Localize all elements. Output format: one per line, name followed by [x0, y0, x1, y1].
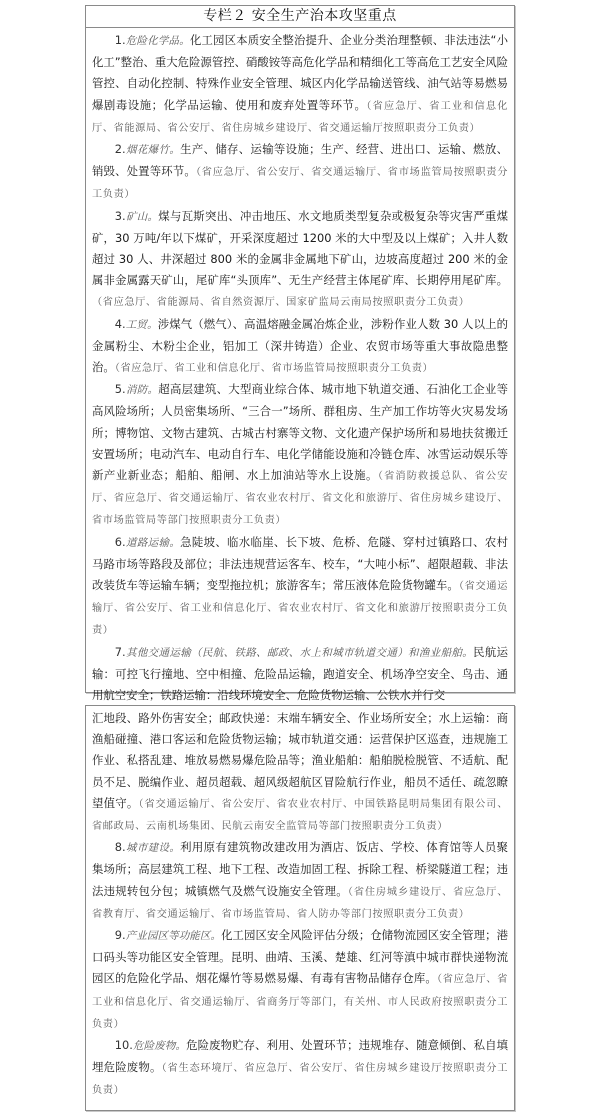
- item-topic: 烟花爆竹。: [126, 144, 180, 156]
- item-7-continued: 汇地段、路外伤害安全；邮政快递：末端车辆安全、作业场所安全；水上运输：商渔船碰撞…: [92, 708, 508, 837]
- item-9: 9.产业园区等功能区。化工园区安全风险评估分级；仓储物流园区安全管理；港口码头等…: [92, 925, 508, 1035]
- item-topic: 消防。: [126, 384, 159, 396]
- column-box-part-1: 专栏２ 安全生产治本攻坚重点 1.危险化学品。化工园区本质安全整治提升、企业分类…: [85, 5, 515, 693]
- item-number: 3.: [115, 209, 126, 223]
- item-content: 超高层建筑、大型商业综合体、城市地下轨道交通、石油化工企业等高风险场所；人员密集…: [92, 382, 508, 482]
- item-responsible: （省应急厅、省工业和信息化厅、省市场监管局按照职责分工负责）: [115, 363, 434, 374]
- item-10: 10.危险废物。危险废物贮存、利用、处置环节；违规堆存、随意倾倒、私自填埋危险废…: [92, 1035, 508, 1102]
- item-number: 2.: [115, 142, 126, 156]
- item-5: 5.消防。超高层建筑、大型商业综合体、城市地下轨道交通、石油化工企业等高风险场所…: [92, 379, 508, 531]
- item-topic: 危险废物。: [133, 1040, 186, 1052]
- item-topic: 工贸。: [126, 319, 158, 331]
- item-2: 2.烟花爆竹。生产、储存、运输等设施；生产、经营、进出口、运输、燃放、销毁、处置…: [92, 139, 508, 206]
- item-responsible: （省交通运输厅、省公安厅、省农业农村厅、中国铁路昆明局集团有限公司、省邮政局、云…: [92, 799, 508, 832]
- item-number: 8.: [115, 840, 126, 854]
- column-box-part-2: 汇地段、路外伤害安全；邮政快递：末端车辆安全、作业场所安全；水上运输：商渔船碰撞…: [85, 705, 515, 1111]
- item-number: 9.: [115, 928, 126, 942]
- item-content: 汇地段、路外伤害安全；邮政快递：末端车辆安全、作业场所安全；水上运输：商渔船碰撞…: [92, 711, 508, 810]
- item-8: 8.城市建设。利用原有建筑物改建改用为酒店、饭店、学校、体育馆等人员聚集场所；高…: [92, 837, 508, 925]
- item-topic: 城市建设。: [126, 842, 180, 854]
- item-topic: 道路运输。: [126, 537, 180, 549]
- item-3: 3.矿山。煤与瓦斯突出、冲击地压、水文地质类型复杂或极复杂等灾害严重煤矿，30 …: [92, 206, 508, 314]
- item-responsible: （省应急厅、省能源局、省自然资源厅、国家矿监局云南局按照职责分工负责）: [92, 297, 470, 308]
- item-6: 6.道路运输。急陡坡、临水临崖、长下坡、危桥、危隧、穿村过镇路口、农村马路市场等…: [92, 532, 508, 642]
- item-1: 1.危险化学品。化工园区本质安全整治提升、企业分类治理整顿、非法违法“小化工”整…: [92, 30, 508, 139]
- item-7: 7.其他交通运输（民航、铁路、邮政、水上和城市轨道交通）和渔业船舶。民航运输：可…: [92, 642, 508, 707]
- item-number: 1.: [115, 33, 126, 47]
- item-topic: 矿山。: [126, 211, 159, 223]
- item-number: 5.: [115, 382, 126, 396]
- item-number: 4.: [115, 317, 126, 331]
- item-topic: 危险化学品。: [126, 35, 190, 47]
- item-topic: 产业园区等功能区。: [126, 930, 221, 942]
- column-title: 专栏２ 安全生产治本攻坚重点: [86, 6, 514, 28]
- item-4: 4.工贸。涉煤气（燃气）、高温熔融金属冶炼企业，涉粉作业人数 30 人以上的金属…: [92, 314, 508, 380]
- item-number: 7.: [115, 645, 126, 659]
- column-body-part-1: 1.危险化学品。化工园区本质安全整治提升、企业分类治理整顿、非法违法“小化工”整…: [86, 28, 514, 706]
- item-topic: 其他交通运输（民航、铁路、邮政、水上和城市轨道交通）和渔业船舶。: [126, 647, 473, 659]
- column-body-part-2: 汇地段、路外伤害安全；邮政快递：末端车辆安全、作业场所安全；水上运输：商渔船碰撞…: [86, 706, 514, 1102]
- item-number: 10.: [115, 1038, 133, 1052]
- item-number: 6.: [115, 535, 126, 549]
